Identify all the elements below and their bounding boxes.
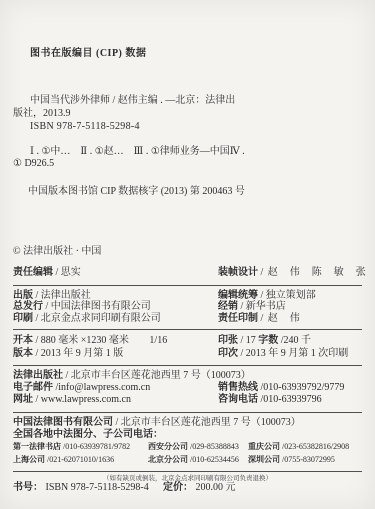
cover-design-label: 装帧设计 [218,267,258,278]
branch-first-law-bookstore-phone: /010-63939781/9782 [63,442,130,451]
sales-hotline-row: 销售热线 /010-63939792/9779 [218,382,362,394]
sheets-wordcount-row: 印张 / 17 字数 /240 千 [218,334,362,347]
press-contact-left: 电子邮件 /info@lawpress.com.cn 网址 / www.lawp… [13,382,218,406]
responsible-editor-value: / 思实 [56,267,81,278]
distributor-company-label: 中国法律图书有限公司 [13,417,113,428]
branch-beijing-label: 北京分公司 [148,455,188,464]
publisher-value: / 法律出版社 [36,290,91,301]
edition-value: / 2013 年 9 月第 1 版 [36,348,124,359]
retailer-value: / 新华书店 [241,301,286,312]
branch-shenzhen-label: 深圳公司 [248,455,280,464]
editorial-coordinator-value: / 独立策划部 [261,290,316,301]
distributor-address-row: 中国法律图书有限公司 / 北京市丰台区莲花池西里 7 号（100073） [13,417,362,429]
printing-run-label: 印次 [218,348,238,359]
press-contact-section: 法律出版社 / 北京市丰台区莲花池西里 7 号（100073） 电子邮件 /in… [13,366,362,413]
format-value: / 880 毫米 ×1230 毫米 [36,335,129,346]
cip-title-line-2: 版社，2013.9 [13,107,293,120]
general-distributor-row: 总发行 / 中国法律图书有限公司 [13,301,218,313]
print-supervisor-value: / 赵 伟 [261,313,301,324]
branch-xian-label: 西安分公司 [148,442,188,451]
general-distributor-label: 总发行 [13,301,43,312]
publisher-row: 出版 / 法律出版社 [13,290,218,302]
press-address-row: 法律出版社 / 北京市丰台区莲花池西里 7 号（100073） [13,370,362,382]
inquiry-phone-label: 咨询电话 [218,394,258,405]
wordcount-label: 字数 [258,335,278,346]
cover-design-value: / 赵 伟 陈 敏 张 娜 [261,267,375,278]
website-value: / www.lawpress.com.cn [36,394,131,405]
responsible-editor-label: 责任编辑 [13,267,53,278]
cover-design: 装帧设计 / 赵 伟 陈 敏 张 娜 [218,267,375,279]
cip-classification-line-1: Ⅰ . ①中… Ⅱ . ①赵… Ⅲ . ①律师业务—中国Ⅳ . [13,146,313,158]
branch-chongqing-phone: /023-65382816/2908 [282,442,349,451]
distributor-section: 中国法律图书有限公司 / 北京市丰台区莲花池西里 7 号（100073） 全国各… [13,413,362,472]
printer-row: 印刷 / 北京金点求同印刷有限公司 [13,313,218,325]
print-supervisor-label: 责任印制 [218,313,258,324]
sales-hotline-value: /010-63939792/9779 [261,382,345,393]
book-number-value: ISBN 978-7-5118-5298-4 [46,482,149,493]
branches-heading: 全国各地中法图分、子公司电话： [13,429,362,441]
branch-chongqing: 重庆公司 /023-65382816/2908 [248,441,362,452]
format-label: 开本 [13,335,33,346]
printing-run-value: / 2013 年 9 月第 1 次印刷 [241,348,349,359]
press-contact-columns: 电子邮件 /info@lawpress.com.cn 网址 / www.lawp… [13,382,362,406]
email-row: 电子邮件 /info@lawpress.com.cn [13,382,218,394]
email-label: 电子邮件 [13,382,53,393]
wordcount-value: /240 千 [281,335,311,346]
copyright-page: 图书在版编目 (CIP) 数据 中国当代涉外律师 / 赵伟主编 . —北京：法律… [0,0,375,509]
website-row: 网址 / www.lawpress.com.cn [13,394,218,406]
return-notice: （如有缺页或倒装，北京金点求同印刷有限公司负责退换） [0,473,375,482]
price-value: 200.00 元 [196,482,236,493]
editorial-coordinator-label: 编辑统筹 [218,290,258,301]
press-contact-right: 销售热线 /010-63939792/9779 咨询电话 /010-639397… [218,382,362,406]
copyright-line: © 法律出版社 · 中国 [13,242,101,257]
email-value: /info@lawpress.com.cn [56,382,151,393]
sheets-label: 印张 [218,335,238,346]
printing-run-row: 印次 / 2013 年 9 月第 1 次印刷 [218,347,362,360]
printer-label: 印刷 [13,313,33,324]
website-label: 网址 [13,394,33,405]
branch-shanghai: 上海公司 /021-62071010/1636 [13,454,148,465]
book-number-label: 书号： [13,482,43,493]
publishing-right-column: 编辑统筹 / 独立策划部 经销 / 新华书店 责任印制 / 赵 伟 [218,290,362,325]
branch-beijing-phone: /010-62534456 [190,455,239,464]
format-right-column: 印张 / 17 字数 /240 千 印次 / 2013 年 9 月第 1 次印刷 [218,334,362,360]
distributor-company-value: / 北京市丰台区莲花池西里 7 号（100073） [116,417,301,428]
branch-beijing: 北京分公司 /010-62534456 [148,454,248,465]
responsible-editor: 责任编辑 / 思实 [13,267,218,279]
branches-row-1: 第一法律书店 /010-63939781/9782 西安分公司 /029-853… [13,441,362,452]
print-supervisor-row: 责任印制 / 赵 伟 [218,313,362,325]
colophon: 责任编辑 / 思实 装帧设计 / 赵 伟 陈 敏 张 娜 出版 / 法律出版社 … [13,264,362,493]
editorial-coordinator-row: 编辑统筹 / 独立策划部 [218,290,362,302]
edition-row: 版本 / 2013 年 9 月第 1 版 [13,347,218,360]
branch-shenzhen-phone: /0755-83072995 [282,455,335,464]
branches-row-2: 上海公司 /021-62071010/1636 北京分公司 /010-62534… [13,454,362,465]
inquiry-phone-row: 咨询电话 /010-63939796 [218,394,362,406]
cip-entry: 中国当代涉外律师 / 赵伟主编 . —北京：法律出 版社，2013.9 [13,94,293,120]
branch-shenzhen: 深圳公司 /0755-83072995 [248,454,362,465]
format-left-column: 开本 / 880 毫米 ×1230 毫米 1/16 版本 / 2013 年 9 … [13,334,218,360]
branch-shanghai-phone: /021-62071010/1636 [47,455,114,464]
cip-header: 图书在版编目 (CIP) 数据 [30,44,146,59]
cip-classification-line-2: ① D926.5 [13,158,313,170]
inquiry-phone-value: /010-63939796 [261,394,322,405]
branch-chongqing-label: 重庆公司 [248,442,280,451]
branch-first-law-bookstore-label: 第一法律书店 [13,442,61,451]
branch-shanghai-label: 上海公司 [13,455,45,464]
sheets-value: / 17 [241,335,256,346]
cip-isbn: ISBN 978-7-5118-5298-4 [30,121,140,132]
printer-value: / 北京金点求同印刷有限公司 [36,313,161,324]
cip-record-number: 中国版本图书馆 CIP 数据核字 (2013) 第 200463 号 [28,182,245,197]
cip-title-line-1: 中国当代涉外律师 / 赵伟主编 . —北京：法律出 [13,94,293,107]
format-row: 开本 / 880 毫米 ×1230 毫米 1/16 [13,334,218,347]
sales-hotline-label: 销售热线 [218,382,258,393]
branch-first-law-bookstore: 第一法律书店 /010-63939781/9782 [13,441,148,452]
cip-classification: Ⅰ . ①中… Ⅱ . ①赵… Ⅲ . ①律师业务—中国Ⅳ . ① D926.5 [13,146,313,170]
retailer-row: 经销 / 新华书店 [218,301,362,313]
publishing-left-column: 出版 / 法律出版社 总发行 / 中国法律图书有限公司 印刷 / 北京金点求同印… [13,290,218,325]
press-address-label: 法律出版社 [13,370,63,381]
edition-label: 版本 [13,348,33,359]
format-fraction: 1/16 [149,335,167,346]
price-label: 定价： [163,482,193,493]
retailer-label: 经销 [218,301,238,312]
branch-xian: 西安分公司 /029-85388843 [148,441,248,452]
publisher-label: 出版 [13,290,33,301]
editor-design-row: 责任编辑 / 思实 装帧设计 / 赵 伟 陈 敏 张 娜 [13,264,362,286]
general-distributor-value: / 中国法律图书有限公司 [46,301,151,312]
publishing-section: 出版 / 法律出版社 总发行 / 中国法律图书有限公司 印刷 / 北京金点求同印… [13,286,362,331]
branch-xian-phone: /029-85388843 [190,442,239,451]
format-section: 开本 / 880 毫米 ×1230 毫米 1/16 版本 / 2013 年 9 … [13,330,362,366]
press-address-value: / 北京市丰台区莲花池西里 7 号（100073） [66,370,251,381]
